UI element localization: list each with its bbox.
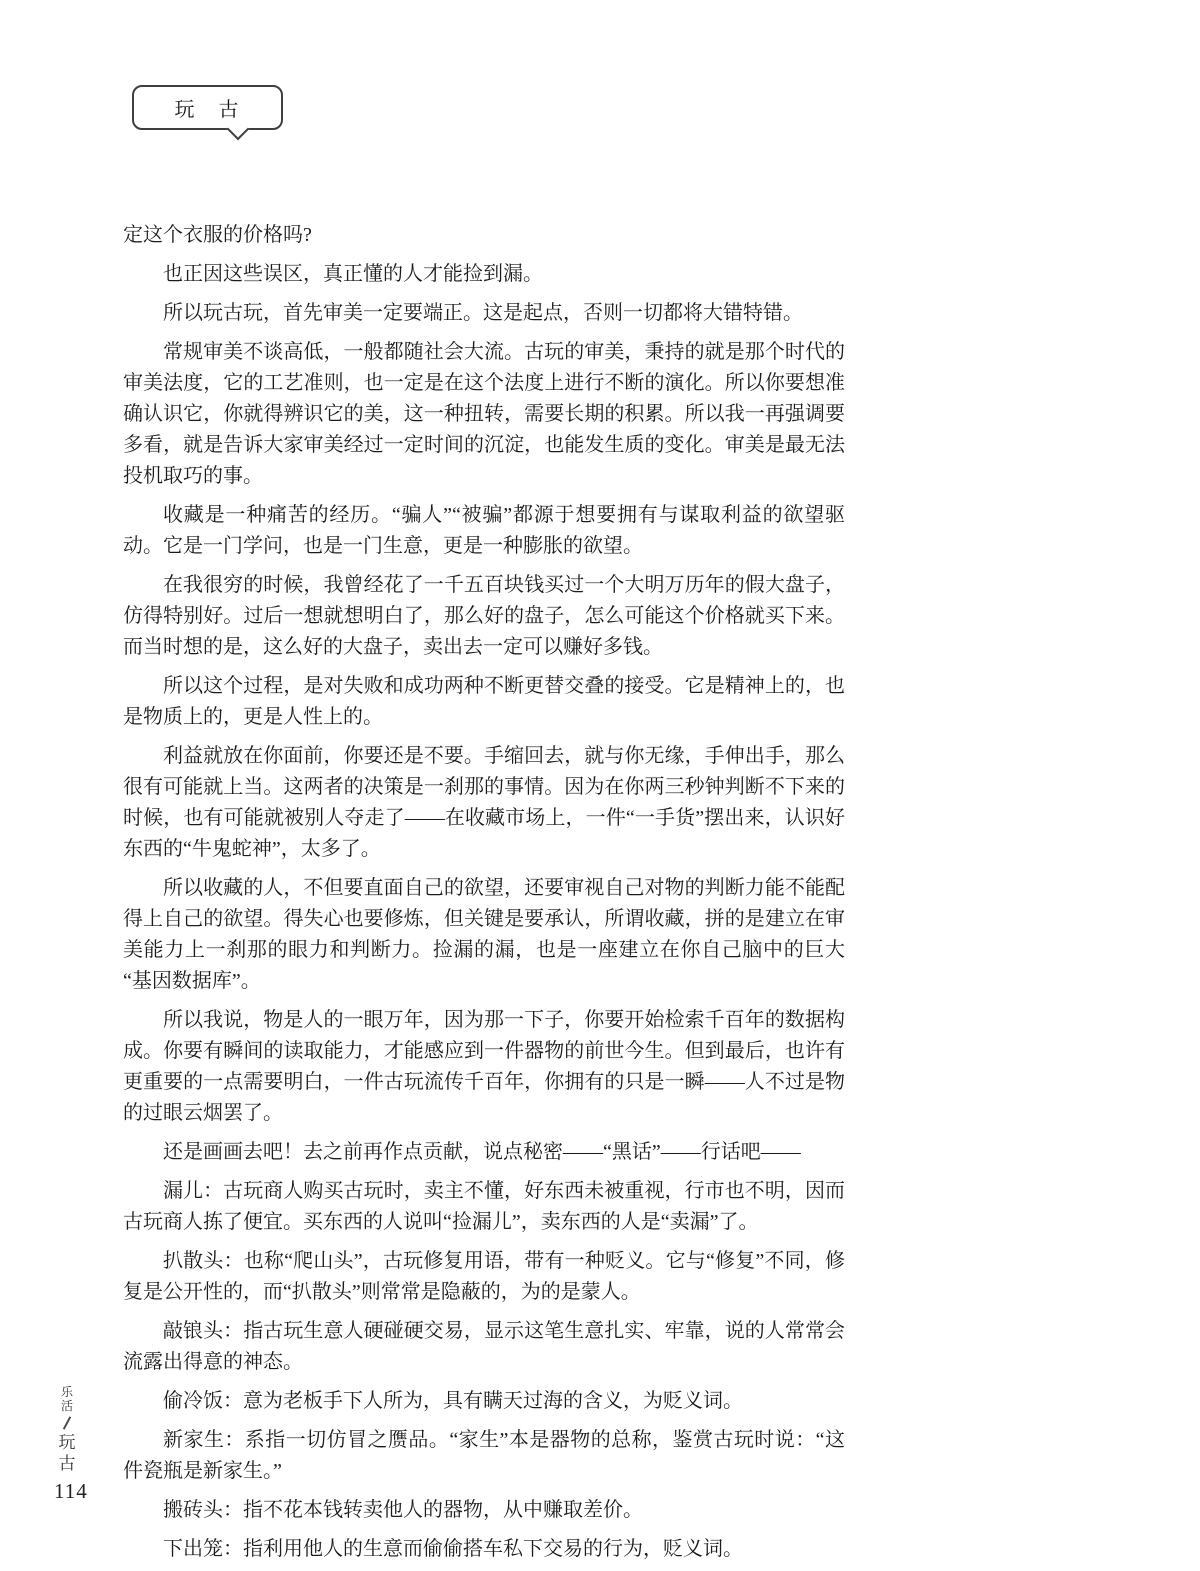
series-label-large: 玩古	[59, 1432, 76, 1475]
paragraph: 扒散头：也称“爬山头”，古玩修复用语，带有一种贬义。它与“修复”不同，修复是公开…	[123, 1246, 845, 1308]
article-body: 定这个衣服的价格吗?也正因这些误区，真正懂的人才能捡到漏。所以玩古玩，首先审美一…	[123, 220, 845, 1571]
paragraph: 所以这个过程，是对失败和成功两种不断更替交叠的接受。它是精神上的，也是物质上的，…	[123, 671, 845, 733]
series-sidebar: 乐活 玩古	[54, 1386, 80, 1474]
paragraph: 也正因这些误区，真正懂的人才能捡到漏。	[123, 259, 845, 290]
paragraph: 常规审美不谈高低，一般都随社会大流。古玩的审美，秉持的就是那个时代的审美法度，它…	[123, 337, 845, 492]
series-label-small: 乐活	[61, 1386, 73, 1414]
paragraph: 所以玩古玩，首先审美一定要端正。这是起点，否则一切都将大错特错。	[123, 298, 845, 329]
paragraph: 所以我说，物是人的一眼万年，因为那一下子，你要开始检索千百年的数据构成。你要有瞬…	[123, 1005, 845, 1129]
section-tab-label: 玩 古	[175, 93, 241, 122]
paragraph: 漏儿：古玩商人购买古玩时，卖主不懂，好东西未被重视，行市也不明，因而古玩商人拣了…	[123, 1176, 845, 1238]
paragraph: 在我很穷的时候，我曾经花了一千五百块钱买过一个大明万历年的假大盘子，仿得特别好。…	[123, 570, 845, 663]
paragraph: 还是画画去吧！去之前再作点贡献，说点秘密——“黑话”——行话吧——	[123, 1137, 845, 1168]
paragraph: 新家生：系指一切仿冒之赝品。“家生”本是器物的总称，鉴赏古玩时说：“这件瓷瓶是新…	[123, 1425, 845, 1487]
paragraph: 敲锒头：指古玩生意人硬碰硬交易，显示这笔生意扎实、牢靠，说的人常常会流露出得意的…	[123, 1316, 845, 1378]
paragraph: 利益就放在你面前，你要还是不要。手缩回去，就与你无缘，手伸出手，那么很有可能就上…	[123, 741, 845, 865]
paragraph: 所以收藏的人，不但要直面自己的欲望，还要审视自己对物的判断力能不能配得上自己的欲…	[123, 873, 845, 997]
paragraph: 定这个衣服的价格吗?	[123, 220, 845, 251]
paragraph: 偷冷饭：意为老板手下人所为，具有瞒天过海的含义，为贬义词。	[123, 1386, 845, 1417]
paragraph: 搬砖头：指不花本钱转卖他人的器物，从中赚取差价。	[123, 1495, 845, 1526]
page-number: 114	[54, 1479, 88, 1504]
slash-divider	[63, 1416, 71, 1429]
paragraph: 下出笼：指利用他人的生意而偷偷搭车私下交易的行为，贬义词。	[123, 1534, 845, 1565]
paragraph: 收藏是一种痛苦的经历。“骗人”“被骗”都源于想要拥有与谋取利益的欲望驱动。它是一…	[123, 500, 845, 562]
book-page: 玩 古 定这个衣服的价格吗?也正因这些误区，真正懂的人才能捡到漏。所以玩古玩，首…	[0, 0, 1200, 1571]
paragraph-list: 定这个衣服的价格吗?也正因这些误区，真正懂的人才能捡到漏。所以玩古玩，首先审美一…	[123, 220, 845, 1565]
section-tab: 玩 古	[132, 85, 283, 130]
